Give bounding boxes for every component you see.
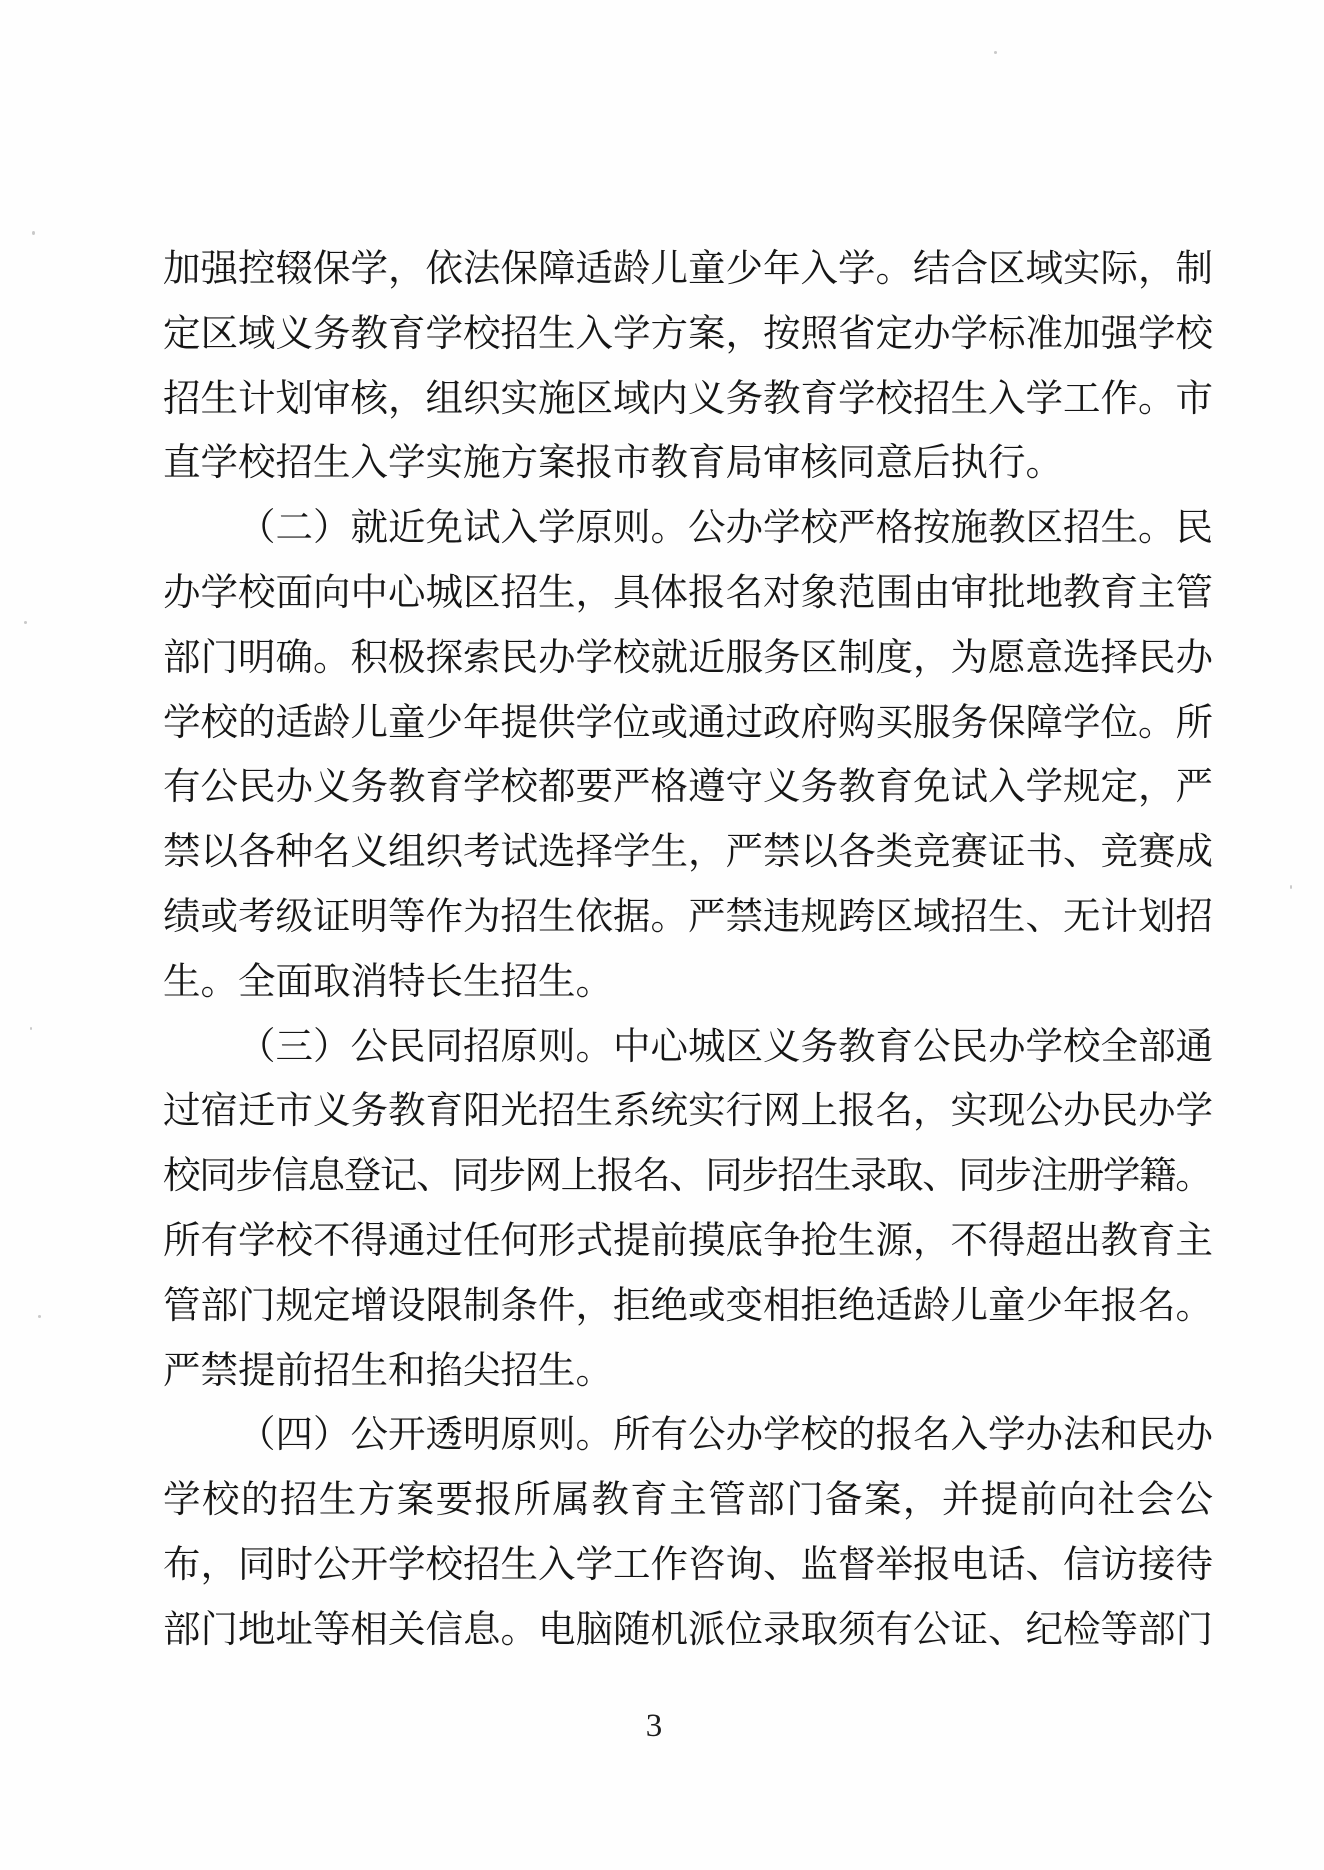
text-line: 禁以各种名义组织考试选择学生，严禁以各类竞赛证书、竞赛成 (163, 821, 1213, 886)
text-line: 绩或考级证明等作为招生依据。严禁违规跨区域招生、无计划招 (163, 886, 1213, 951)
text-line: （三）公民同招原则。中心城区义务教育公民办学校全部通 (163, 1016, 1213, 1081)
text-line: 过宿迁市义务教育阳光招生系统实行网上报名，实现公办民办学 (163, 1080, 1213, 1145)
scan-speck (38, 1315, 41, 1318)
text-line: 直学校招生入学实施方案报市教育局审核同意后执行。 (163, 432, 1213, 497)
text-line: 办学校面向中心城区招生，具体报名对象范围由审批地教育主管 (163, 562, 1213, 627)
scan-speck (24, 621, 27, 624)
scanned-document-page: 加强控辍保学，依法保障适龄儿童少年入学。结合区域实际，制定区域义务教育学校招生入… (0, 0, 1324, 1870)
text-line: （二）就近免试入学原则。公办学校严格按施教区招生。民 (163, 497, 1213, 562)
scan-speck (30, 1027, 32, 1030)
text-line: 生。全面取消特长生招生。 (163, 951, 1213, 1016)
text-line: 所有学校不得通过任何形式提前摸底争抢生源，不得超出教育主 (163, 1210, 1213, 1275)
text-line: 管部门规定增设限制条件，拒绝或变相拒绝适龄儿童少年报名。 (163, 1275, 1213, 1340)
document-body: 加强控辍保学，依法保障适龄儿童少年入学。结合区域实际，制定区域义务教育学校招生入… (163, 238, 1213, 1664)
page-number: 3 (0, 1708, 1308, 1745)
text-line: 学校的招生方案要报所属教育主管部门备案，并提前向社会公 (163, 1469, 1213, 1534)
text-line: 部门地址等相关信息。电脑随机派位录取须有公证、纪检等部门 (163, 1599, 1213, 1664)
text-line: （四）公开透明原则。所有公办学校的报名入学办法和民办 (163, 1404, 1213, 1469)
text-line: 加强控辍保学，依法保障适龄儿童少年入学。结合区域实际，制 (163, 238, 1213, 303)
text-line: 部门明确。积极探索民办学校就近服务区制度，为愿意选择民办 (163, 627, 1213, 692)
text-line: 有公民办义务教育学校都要严格遵守义务教育免试入学规定，严 (163, 756, 1213, 821)
scan-speck (32, 231, 35, 235)
scan-speck (994, 51, 997, 54)
text-line: 定区域义务教育学校招生入学方案，按照省定办学标准加强学校 (163, 303, 1213, 368)
text-line: 布，同时公开学校招生入学工作咨询、监督举报电话、信访接待 (163, 1534, 1213, 1599)
text-line: 学校的适龄儿童少年提供学位或通过政府购买服务保障学位。所 (163, 692, 1213, 757)
text-line: 招生计划审核，组织实施区域内义务教育学校招生入学工作。市 (163, 368, 1213, 433)
scan-speck (1290, 885, 1292, 889)
text-line: 校同步信息登记、同步网上报名、同步招生录取、同步注册学籍。 (163, 1145, 1213, 1210)
text-line: 严禁提前招生和掐尖招生。 (163, 1340, 1213, 1405)
